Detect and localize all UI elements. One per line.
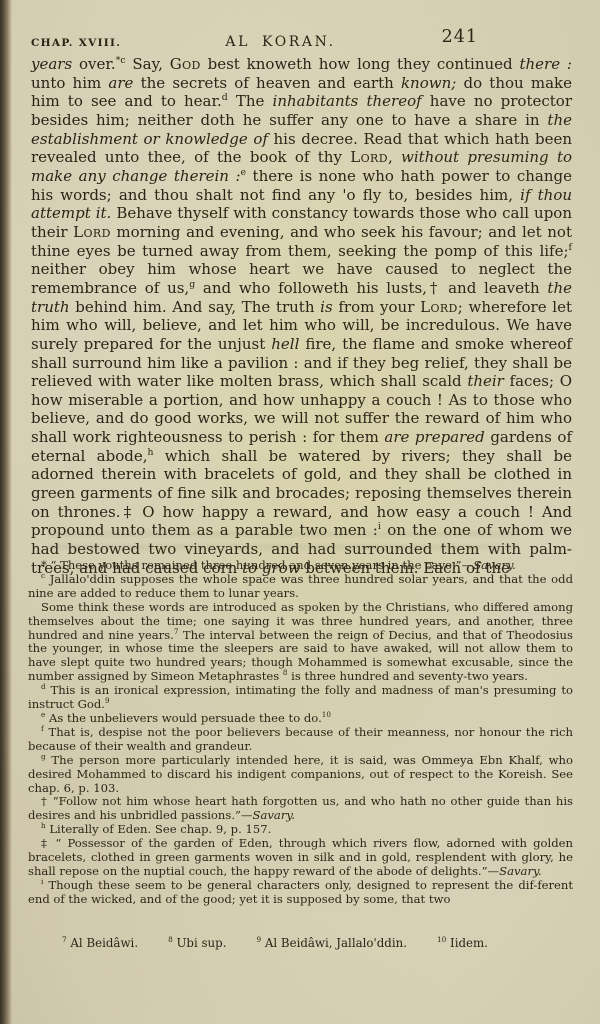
page-header: CHAP. XVIII. AL KORAN. 241 xyxy=(31,30,570,54)
footnote: † “Follow not him whose heart hath forgo… xyxy=(28,795,573,823)
body-text: years over.*c Say, God best knoweth how … xyxy=(31,55,572,577)
reference-item: 8 Ubi sup. xyxy=(168,936,226,950)
footnote: e As the unbelievers would persuade thee… xyxy=(28,712,573,726)
footnote: ‡ “ Possessor of the garden of Eden, thr… xyxy=(28,837,573,879)
footnote: h Literally of Eden. See chap. 9, p. 157… xyxy=(28,823,573,837)
footnote: g The person more particularly intended … xyxy=(28,754,573,796)
footnote: d This is an ironical expression, intima… xyxy=(28,684,573,712)
reference-item: 9 Al Beidâwi, Jallalo'ddin. xyxy=(256,936,407,950)
footnote: f That is, despise not the poor believer… xyxy=(28,726,573,754)
reference-item: 7 Al Beidâwi. xyxy=(62,936,138,950)
page-number: 241 xyxy=(442,27,478,47)
footnotes-section: * “ These youths remained three hundred … xyxy=(28,559,573,907)
page-edge-shadow xyxy=(0,0,12,1024)
footnote: Some think these words are introduced as… xyxy=(28,601,573,684)
footnote: i Though these seem to be general charac… xyxy=(28,879,573,907)
footnote: * “ These youths remained three hundred … xyxy=(28,559,573,573)
references-row: 7 Al Beidâwi.8 Ubi sup.9 Al Beidâwi, Jal… xyxy=(62,936,488,950)
page-scan: CHAP. XVIII. AL KORAN. 241 years over.*c… xyxy=(0,0,600,1024)
reference-item: 10 Iidem. xyxy=(437,936,488,950)
footnote: c Jallalo'ddin supposes the whole space … xyxy=(28,573,573,601)
